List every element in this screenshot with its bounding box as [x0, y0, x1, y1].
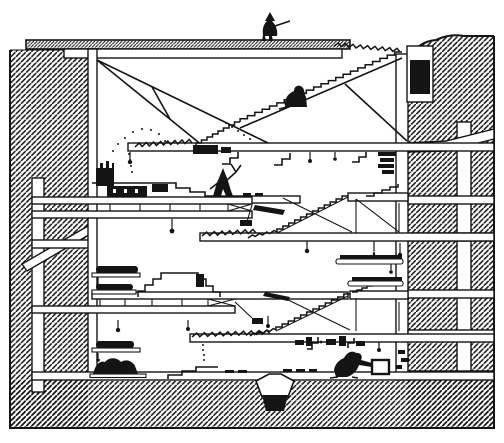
right-beam-b — [408, 196, 494, 204]
doorway-opening — [410, 60, 430, 94]
ground-surface — [26, 40, 350, 49]
ground-strip — [26, 40, 350, 49]
pyramid-slot — [196, 274, 204, 287]
couch-2-board — [92, 290, 136, 294]
gallery-d-chord — [32, 306, 235, 313]
floor-a-box — [221, 147, 231, 153]
roof-beam — [64, 49, 342, 58]
bunk-2-board — [348, 281, 403, 286]
bunk-1-bedding — [340, 255, 402, 259]
pit-sump — [262, 395, 288, 411]
couch-1-board — [92, 273, 140, 277]
couch-4-board — [90, 374, 146, 378]
chest-tick — [135, 189, 138, 193]
couch-3-board — [92, 348, 140, 352]
floor-a — [128, 143, 494, 151]
couch-2 — [96, 284, 133, 290]
bunk-2-bedding — [352, 277, 402, 281]
right-wall-post — [396, 54, 408, 380]
right-beam-d — [408, 290, 494, 298]
gallery-b-top-rail — [32, 197, 252, 204]
chest-tick — [113, 189, 116, 193]
floor-c — [200, 233, 494, 241]
couch-3 — [96, 341, 134, 348]
gallery-b-bottom-rail — [32, 211, 252, 218]
chest-tick — [124, 189, 127, 193]
floor-d-landing — [350, 291, 408, 299]
external-post — [32, 178, 44, 392]
external-rail-c — [32, 240, 90, 248]
pit-funnel — [256, 374, 294, 397]
engraving-page: Black-and-white sectional engraving of a… — [0, 0, 504, 443]
gallery-d-foot — [252, 318, 263, 324]
platform-box — [152, 184, 168, 192]
work-box — [372, 360, 389, 374]
bunk-1-board — [336, 259, 403, 264]
gallery-b-foot — [240, 220, 252, 226]
section-engraving: Black-and-white sectional engraving of a… — [0, 0, 504, 443]
floor-a-chest — [193, 145, 218, 154]
couch-1 — [96, 266, 138, 273]
